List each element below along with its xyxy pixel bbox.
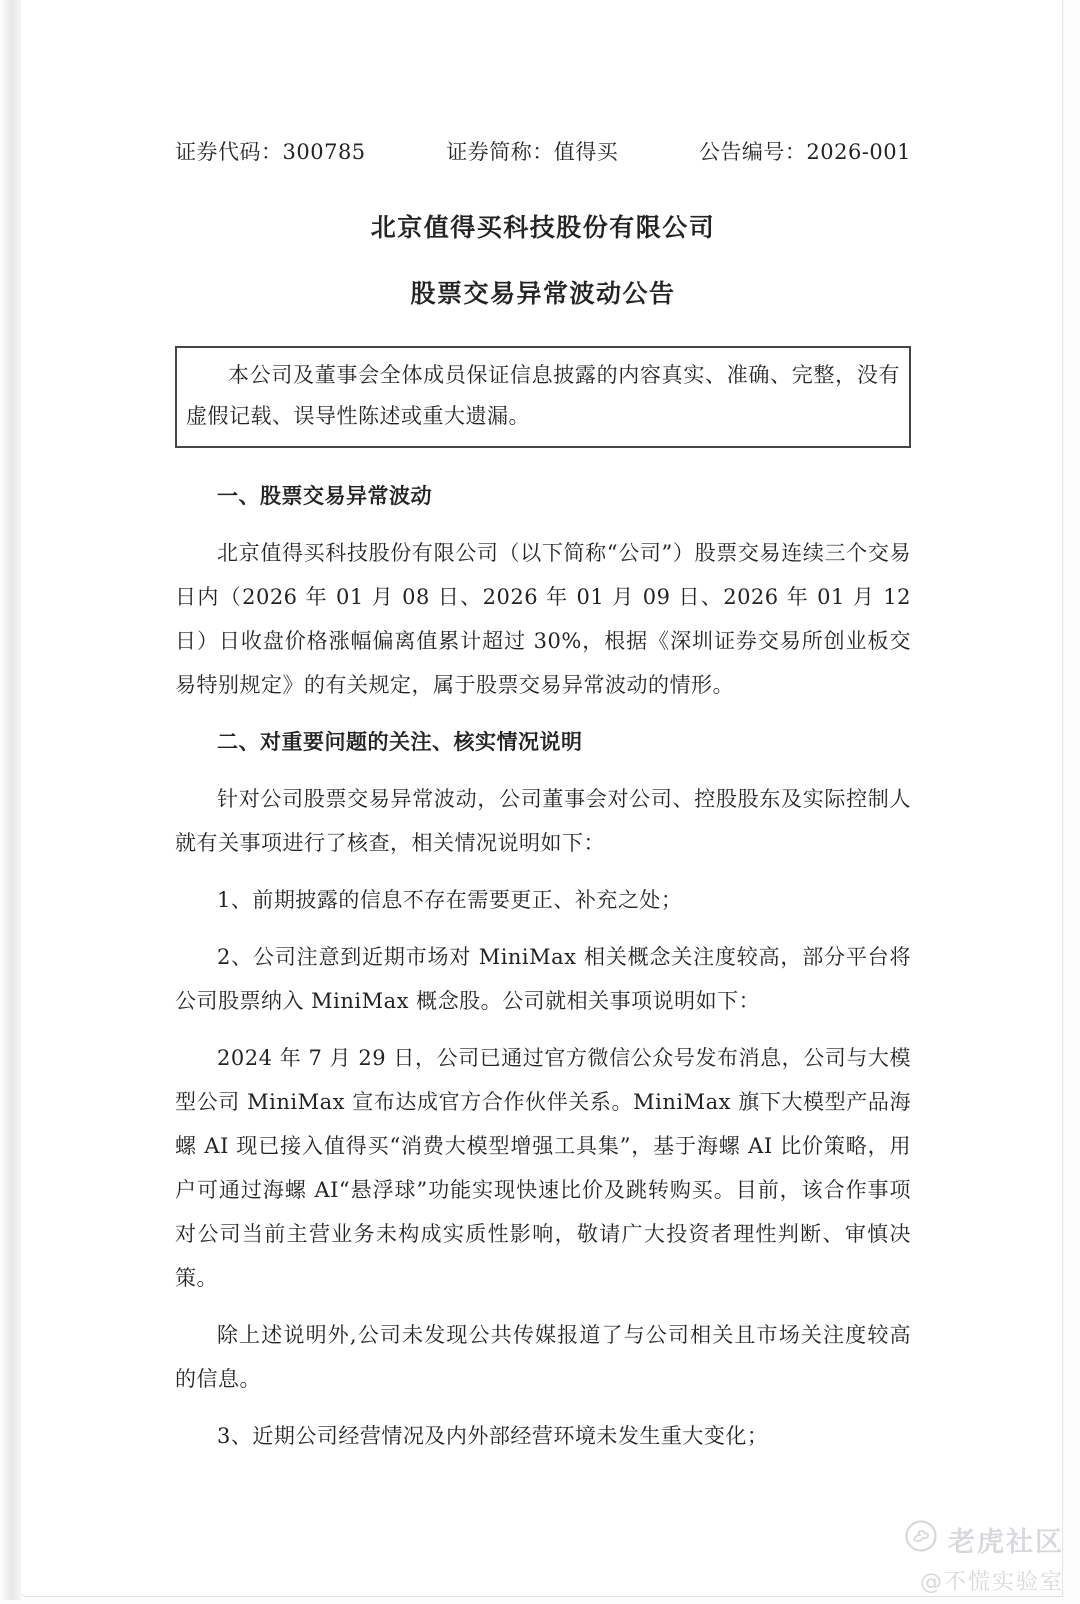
doc-body: 一、股票交易异常波动北京值得买科技股份有限公司（以下简称“公司”）股票交易连续三…: [175, 474, 911, 1458]
disclaimer-box: 本公司及董事会全体成员保证信息披露的内容真实、准确、完整，没有虚假记载、误导性陈…: [175, 346, 911, 448]
body-paragraph: 2、公司注意到近期市场对 MiniMax 相关概念关注度较高，部分平台将公司股票…: [175, 935, 911, 1023]
body-paragraph: 3、近期公司经营情况及内外部经营环境未发生重大变化；: [175, 1414, 911, 1458]
company-title: 北京值得买科技股份有限公司: [175, 208, 911, 244]
body-paragraph: 1、前期披露的信息不存在需要更正、补充之处；: [175, 878, 911, 922]
section-heading: 一、股票交易异常波动: [175, 474, 911, 518]
doc-header: 证券代码：300785 证券简称：值得买 公告编号：2026-001: [175, 136, 911, 166]
document-page: 证券代码：300785 证券简称：值得买 公告编号：2026-001 北京值得买…: [21, 0, 1063, 1597]
stock-code-label: 证券代码：300785: [175, 136, 366, 166]
announcement-document: 证券代码：300785 证券简称：值得买 公告编号：2026-001 北京值得买…: [0, 0, 1080, 1604]
stock-name-label: 证券简称：值得买: [446, 136, 618, 166]
disclaimer-text: 本公司及董事会全体成员保证信息披露的内容真实、准确、完整，没有虚假记载、误导性陈…: [186, 355, 900, 437]
announcement-no-label: 公告编号：2026-001: [699, 136, 911, 166]
body-paragraph: 除上述说明外,公司未发现公共传媒报道了与公司相关且市场关注度较高的信息。: [175, 1313, 911, 1401]
body-paragraph: 2024 年 7 月 29 日，公司已通过官方微信公众号发布消息，公司与大模型公…: [175, 1036, 911, 1300]
body-paragraph: 北京值得买科技股份有限公司（以下简称“公司”）股票交易连续三个交易日内（2026…: [175, 531, 911, 707]
section-heading: 二、对重要问题的关注、核实情况说明: [175, 720, 911, 764]
announcement-subtitle: 股票交易异常波动公告: [175, 274, 911, 310]
page-edge-shadow: [0, 0, 21, 1600]
body-paragraph: 针对公司股票交易异常波动，公司董事会对公司、控股股东及实际控制人就有关事项进行了…: [175, 777, 911, 865]
document-content: 证券代码：300785 证券简称：值得买 公告编号：2026-001 北京值得买…: [175, 136, 911, 1458]
